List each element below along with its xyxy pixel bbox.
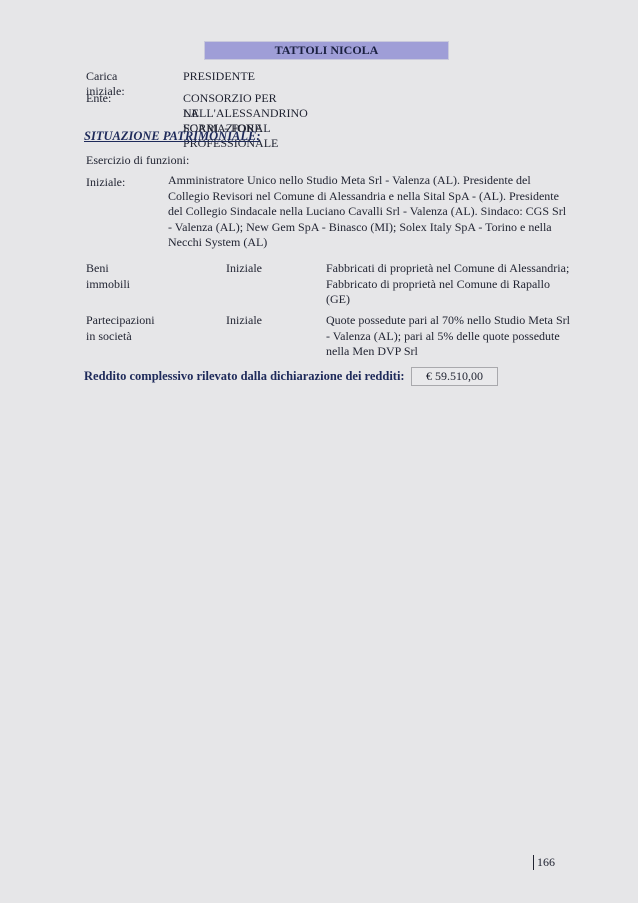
asset-description: Fabbricati di proprietà nel Comune di Al… (326, 261, 571, 308)
asset-description: Quote possedute pari al 70% nello Studio… (326, 313, 571, 360)
initial-text: Amministratore Unico nello Studio Meta S… (168, 173, 568, 251)
initial-label: Iniziale: (86, 175, 125, 190)
income-label: Reddito complessivo rilevato dalla dichi… (84, 369, 405, 384)
field-label: Ente: (86, 91, 111, 106)
person-name-banner: TATTOLI NICOLA (204, 41, 449, 60)
section-title: SITUAZIONE PATRIMONIALE: (84, 129, 261, 144)
asset-phase: Iniziale (226, 261, 262, 277)
functions-label: Esercizio di funzioni: (86, 153, 189, 168)
asset-phase: Iniziale (226, 313, 262, 329)
income-value: € 59.510,00 (411, 367, 498, 386)
asset-type: Beni immobili (86, 261, 130, 292)
asset-type: Partecipazioni in società (86, 313, 155, 344)
field-value: PRESIDENTE (183, 69, 255, 84)
page-number-divider (533, 855, 534, 870)
document-page: TATTOLI NICOLA Carica iniziale: PRESIDEN… (0, 0, 638, 903)
page-number: 166 (537, 855, 555, 870)
